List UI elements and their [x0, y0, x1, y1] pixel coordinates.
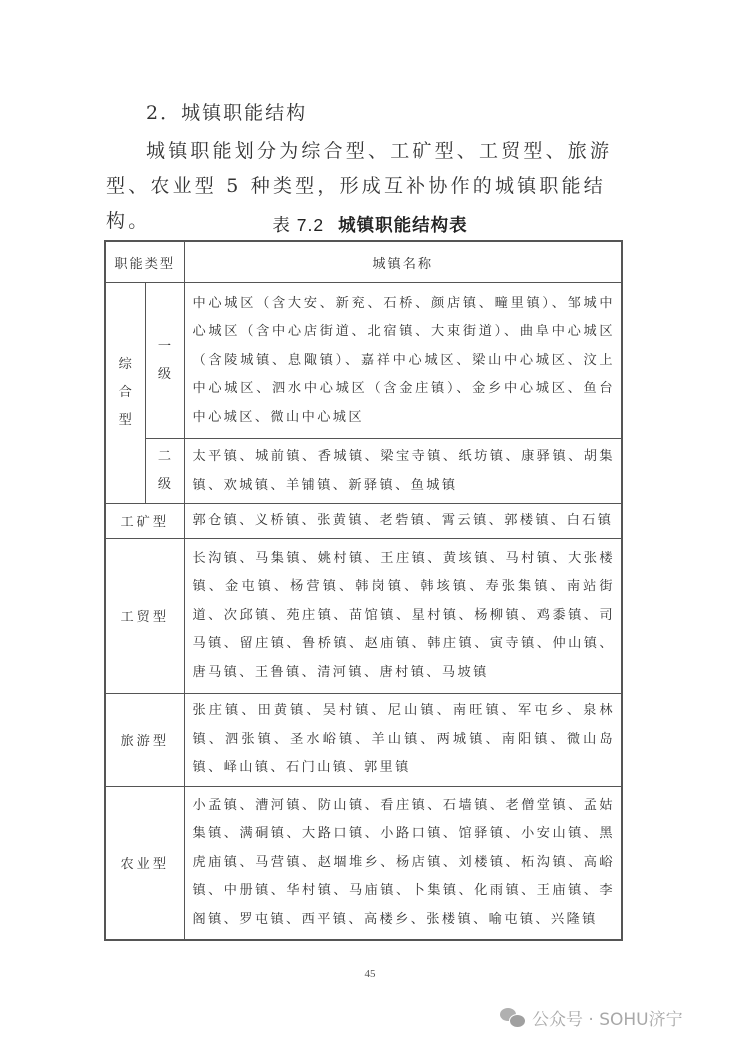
header-names: 城镇名称: [184, 241, 622, 283]
names-cell: 张庄镇、田黄镇、吴村镇、尼山镇、南旺镇、军屯乡、泉林镇、泗张镇、圣水峪镇、羊山镇…: [184, 693, 622, 786]
wechat-icon: [500, 1007, 526, 1029]
function-structure-table: 职能类型 城镇名称 综 合 型 一 级 中心城区（含大安、新兖、石桥、颜店镇、疃…: [104, 240, 623, 941]
table-row: 农业型 小孟镇、漕河镇、防山镇、看庄镇、石墙镇、老僧堂镇、孟姑集镇、满硐镇、大路…: [105, 786, 622, 940]
watermark-text: 公众号 · SOHU济宁: [532, 1005, 683, 1030]
page-number: 45: [0, 968, 740, 980]
section-heading: 2．城镇职能结构: [146, 98, 307, 125]
type-cell-comprehensive: 综 合 型: [105, 283, 145, 504]
names-cell: 中心城区（含大安、新兖、石桥、颜店镇、疃里镇）、邹城中心城区（含中心店街道、北宿…: [184, 283, 622, 439]
table-row: 二 级 太平镇、城前镇、香城镇、梁宝寺镇、纸坊镇、康驿镇、胡集镇、欢城镇、羊铺镇…: [105, 439, 622, 504]
sub-level-cell-1: 一 级: [145, 283, 184, 439]
names-cell: 郭仓镇、义桥镇、张黄镇、老砦镇、霄云镇、郭楼镇、白石镇: [184, 504, 622, 539]
type-cell-industrial-mining: 工矿型: [105, 504, 184, 539]
table-caption-title: 城镇职能结构表: [338, 216, 468, 236]
table-row: 综 合 型 一 级 中心城区（含大安、新兖、石桥、颜店镇、疃里镇）、邹城中心城区…: [105, 283, 622, 439]
table-caption: 表 7.2城镇职能结构表: [0, 212, 740, 237]
table-header-row: 职能类型 城镇名称: [105, 241, 622, 283]
type-cell-industrial-trade: 工贸型: [105, 538, 184, 693]
table-row: 旅游型 张庄镇、田黄镇、吴村镇、尼山镇、南旺镇、军屯乡、泉林镇、泗张镇、圣水峪镇…: [105, 693, 622, 786]
names-cell: 长沟镇、马集镇、姚村镇、王庄镇、黄垓镇、马村镇、大张楼镇、金屯镇、杨营镇、韩岗镇…: [184, 538, 622, 693]
names-cell: 小孟镇、漕河镇、防山镇、看庄镇、石墙镇、老僧堂镇、孟姑集镇、满硐镇、大路口镇、小…: [184, 786, 622, 940]
table-caption-number: 表 7.2: [272, 215, 324, 235]
type-cell-agriculture: 农业型: [105, 786, 184, 940]
table-row: 工贸型 长沟镇、马集镇、姚村镇、王庄镇、黄垓镇、马村镇、大张楼镇、金屯镇、杨营镇…: [105, 538, 622, 693]
header-type: 职能类型: [105, 241, 184, 283]
names-cell: 太平镇、城前镇、香城镇、梁宝寺镇、纸坊镇、康驿镇、胡集镇、欢城镇、羊铺镇、新驿镇…: [184, 439, 622, 504]
sub-level-cell-2: 二 级: [145, 439, 184, 504]
type-cell-tourism: 旅游型: [105, 693, 184, 786]
table-row: 工矿型 郭仓镇、义桥镇、张黄镇、老砦镇、霄云镇、郭楼镇、白石镇: [105, 504, 622, 539]
watermark: 公众号 · SOHU济宁: [500, 1005, 683, 1030]
